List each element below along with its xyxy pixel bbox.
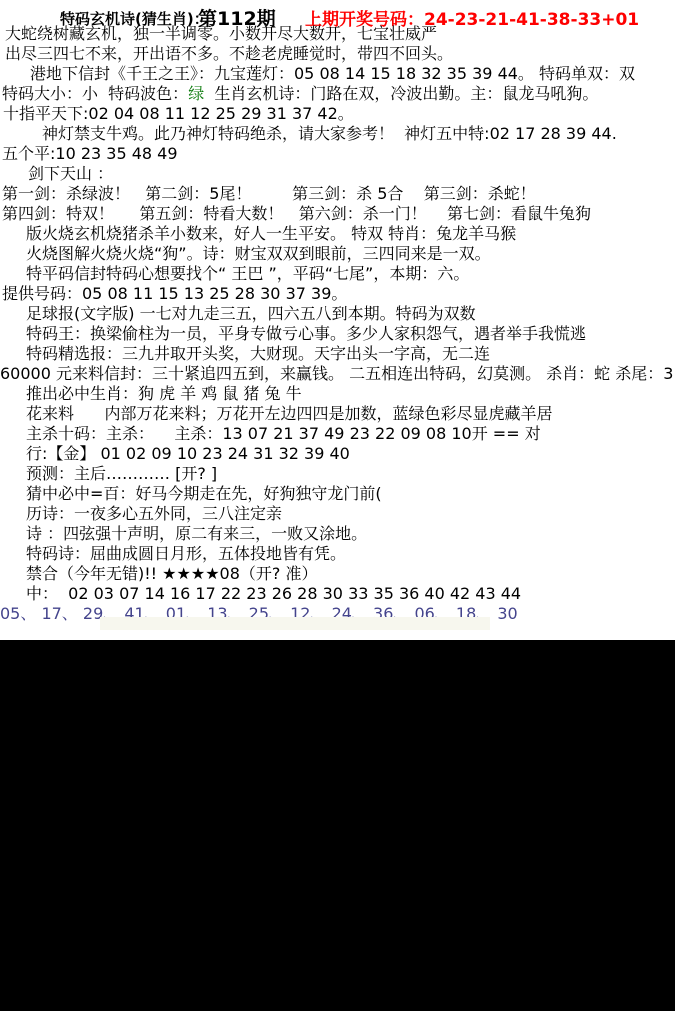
text-segment: 神灯禁支牛鸡。此乃神灯特码绝杀，请大家参考！ 神灯五中特:02 17 28 39… (42, 124, 617, 143)
text-segment: 主杀十码：主杀： 主杀：13 07 21 37 49 23 22 09 08 1… (26, 424, 541, 443)
text-segment: 特码诗：屈曲成圆日月形，五体投地皆有凭。 (26, 544, 346, 563)
text-line-4: 特码大小：小 特码波色：绿 生肖玄机诗：门路在双，冷波出勤。主：鼠龙马吼狗。 (0, 84, 675, 104)
text-segment: 大蛇绕树藏玄机，独一半调零。小数开尽大数开，七宝壮威严 (5, 24, 437, 43)
text-line-29: 中： 02 03 07 14 16 17 22 23 26 28 30 33 3… (0, 584, 675, 604)
text-segment: 历诗：一夜多心五外同，三八注定亲 (26, 504, 282, 523)
text-line-5: 十指平天下:02 04 08 11 12 25 29 31 37 42。 (0, 104, 675, 124)
header: 特码玄机诗(猜生肖)： 第112期 上期开奖号码：24-23-21-41-38-… (0, 2, 675, 26)
text-line-27: 特码诗：屈曲成圆日月形，五体投地皆有凭。 (0, 544, 675, 564)
text-segment: 预测：主后………… [开? ] (26, 464, 217, 483)
text-line-20: 花来料 内部万花来料；万花开左边四四是加数，蓝绿色彩尽显虎藏羊居 (0, 404, 675, 424)
text-segment: 第四剑：特双！ 第五剑：特看大数！ 第六剑：杀一门！ 第七剑：看鼠牛兔狗 (2, 204, 591, 223)
text-line-21: 主杀十码：主杀： 主杀：13 07 21 37 49 23 22 09 08 1… (0, 424, 675, 444)
text-segment: 行:【金】 01 02 09 10 23 24 31 32 39 40 (26, 444, 350, 463)
text-line-13: 特平码信封特码心想要找个“ 王巴 ”，平码“七尾”，本期：六。 (0, 264, 675, 284)
text-line-25: 历诗：一夜多心五外同，三八注定亲 (0, 504, 675, 524)
text-line-10: 第四剑：特双！ 第五剑：特看大数！ 第六剑：杀一门！ 第七剑：看鼠牛兔狗 (0, 204, 675, 224)
text-segment: 诗 ：四弦强十声明，原二有来三，一败又涂地。 (26, 524, 367, 543)
text-line-15: 足球报(文字版) 一七对九走三五，四六五八到本期。特码为双数 (0, 304, 675, 324)
text-segment: 港地下信封《千王之王》：九宝莲灯：05 08 14 15 18 32 35 39… (30, 64, 635, 83)
text-segment: 提供号码：05 08 11 15 13 25 28 30 37 39。 (2, 284, 347, 303)
text-segment: 绿 (188, 84, 204, 103)
text-line-16: 特码王：换梁偷柱为一员，平身专做亏心事。多少人家积怨气，遇者举手我慌逃 (0, 324, 675, 344)
text-line-3: 港地下信封《千王之王》：九宝莲灯：05 08 14 15 18 32 35 39… (0, 64, 675, 84)
text-line-9: 第一剑：杀绿波！ 第二剑：5尾！ 第三剑：杀 5合 第三剑：杀蛇！ (0, 184, 675, 204)
text-segment: 足球报(文字版) 一七对九走三五，四六五八到本期。特码为双数 (26, 304, 476, 323)
text-line-8: 剑下天山 ： (0, 164, 675, 184)
text-segment: 五个平:10 23 35 48 49 (2, 144, 178, 163)
text-segment: 禁合（今年无错)!! ★★★★08（开? 准） (26, 564, 317, 583)
text-line-28: 禁合（今年无错)!! ★★★★08（开? 准） (0, 564, 675, 584)
text-line-1: 大蛇绕树藏玄机，独一半调零。小数开尽大数开，七宝壮威严 (0, 24, 675, 44)
text-line-18: 60000 元来料信封：三十紧追四五到，来赢钱。 二五相连出特码，幻莫测。 杀肖… (0, 364, 675, 384)
text-segment: 花来料 内部万花来料；万花开左边四四是加数，蓝绿色彩尽显虎藏羊居 (26, 404, 553, 423)
text-segment: 推出必中生肖：狗 虎 羊 鸡 鼠 猪 兔 牛 (26, 384, 302, 403)
text-segment: 60000 元来料信封：三十紧追四五到，来赢钱。 二五相连出特码，幻莫测。 杀肖… (0, 364, 673, 383)
text-line-22: 行:【金】 01 02 09 10 23 24 31 32 39 40 (0, 444, 675, 464)
text-line-17: 特码精选报：三九井取开头奖，大财现。天字出头一字高，无二连 (0, 344, 675, 364)
text-segment: 第一剑：杀绿波！ 第二剑：5尾！ 第三剑：杀 5合 第三剑：杀蛇！ (2, 184, 536, 203)
text-line-19: 推出必中生肖：狗 虎 羊 鸡 鼠 猪 兔 牛 (0, 384, 675, 404)
content-lines: 大蛇绕树藏玄机，独一半调零。小数开尽大数开，七宝壮威严出尽三四七不来，开出语不多… (0, 24, 675, 624)
faint-highlight-band (100, 617, 490, 630)
text-segment: 猜中必中=百：好马今期走在先，好狗独守龙门前( (26, 484, 382, 503)
text-line-6: 神灯禁支牛鸡。此乃神灯特码绝杀，请大家参考！ 神灯五中特:02 17 28 39… (0, 124, 675, 144)
text-segment: 生肖玄机诗：门路在双，冷波出勤。主：鼠龙马吼狗。 (204, 84, 598, 103)
text-segment: 中： 02 03 07 14 16 17 22 23 26 28 30 33 3… (26, 584, 521, 603)
text-segment: 火烧图解火烧火烧“狗”。诗：财宝双双到眼前，三四同来是一双。 (26, 244, 491, 263)
text-segment: 版火烧玄机烧猪杀羊小数来，好人一生平安。 特双 特肖：兔龙羊马猴 (26, 224, 516, 243)
text-segment: 特码精选报：三九井取开头奖，大财现。天字出头一字高，无二连 (26, 344, 490, 363)
lottery-tip-sheet-page: 特码玄机诗(猜生肖)： 第112期 上期开奖号码：24-23-21-41-38-… (0, 0, 675, 1011)
text-line-23: 预测：主后………… [开? ] (0, 464, 675, 484)
text-line-11: 版火烧玄机烧猪杀羊小数来，好人一生平安。 特双 特肖：兔龙羊马猴 (0, 224, 675, 244)
text-segment: 十指平天下:02 04 08 11 12 25 29 31 37 42。 (3, 104, 354, 123)
text-line-26: 诗 ：四弦强十声明，原二有来三，一败又涂地。 (0, 524, 675, 544)
blank-footer-area (0, 640, 675, 1011)
text-segment: 特平码信封特码心想要找个“ 王巴 ”，平码“七尾”，本期：六。 (26, 264, 469, 283)
text-segment: 特码王：换梁偷柱为一员，平身专做亏心事。多少人家积怨气，遇者举手我慌逃 (26, 324, 586, 343)
text-segment: 出尽三四七不来，开出语不多。不趁老虎睡觉时，带四不回头。 (5, 44, 453, 63)
text-line-14: 提供号码：05 08 11 15 13 25 28 30 37 39。 (0, 284, 675, 304)
text-segment: 特码大小：小 特码波色： (2, 84, 188, 103)
text-line-2: 出尽三四七不来，开出语不多。不趁老虎睡觉时，带四不回头。 (0, 44, 675, 64)
text-line-12: 火烧图解火烧火烧“狗”。诗：财宝双双到眼前，三四同来是一双。 (0, 244, 675, 264)
text-line-24: 猜中必中=百：好马今期走在先，好狗独守龙门前( (0, 484, 675, 504)
text-line-7: 五个平:10 23 35 48 49 (0, 144, 675, 164)
text-segment: 剑下天山 ： (28, 164, 113, 183)
